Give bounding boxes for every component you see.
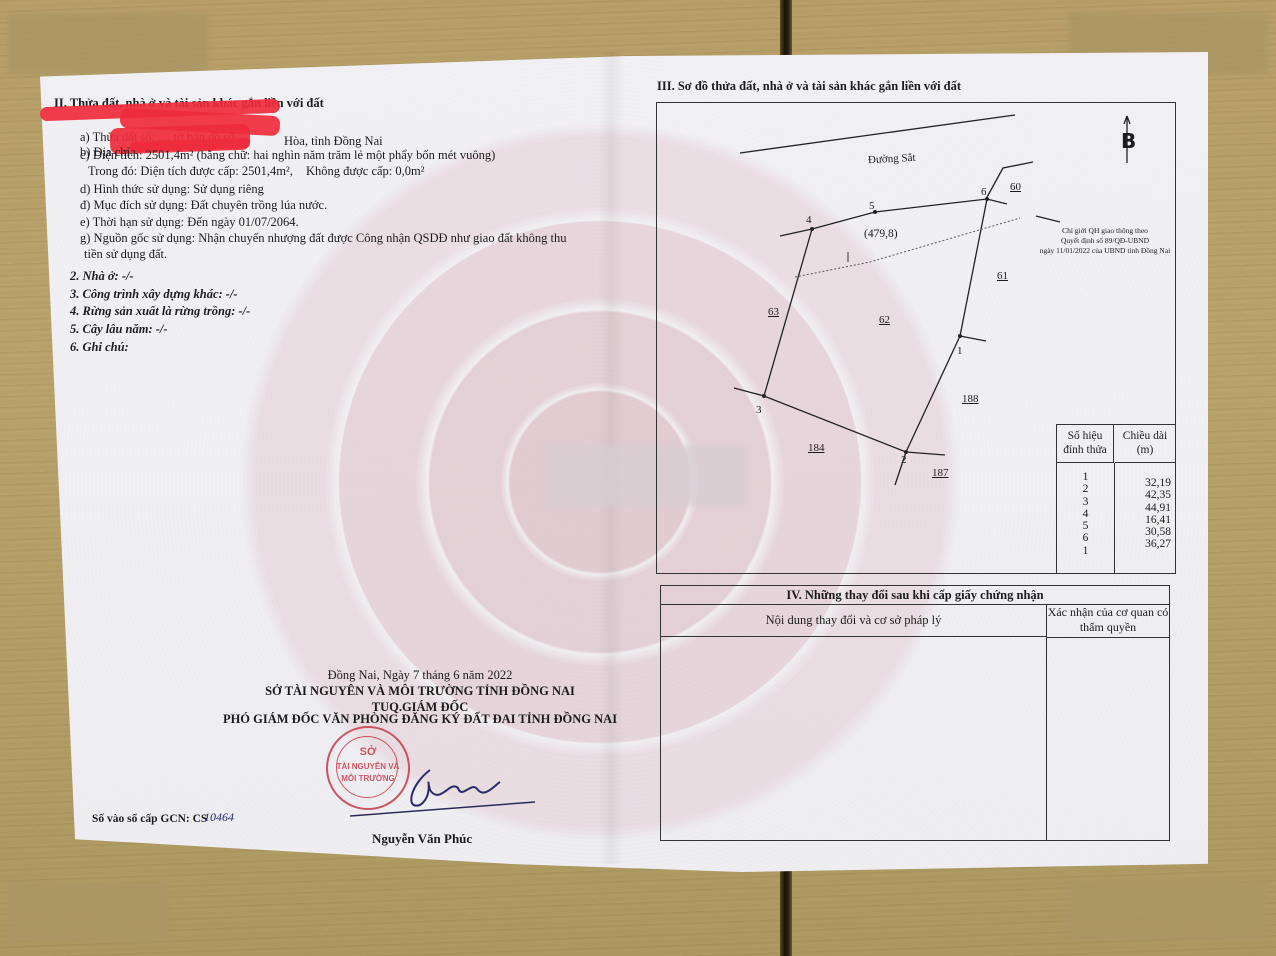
parcel-62: 62 — [879, 313, 890, 328]
vertex-cell: 5 — [1057, 520, 1114, 532]
parcel-187: 187 — [932, 466, 949, 481]
vertex-4: 4 — [806, 213, 812, 228]
area-label: (479,8) — [864, 227, 898, 242]
parcel-60: 60 — [1010, 180, 1021, 195]
length-cell: 30,58 — [1115, 526, 1171, 538]
vertex-cell: 2 — [1057, 483, 1114, 495]
vertex-cell: 1 — [1057, 545, 1114, 557]
length-cell: 16,41 — [1115, 514, 1171, 526]
north-arrow-icon: B — [1121, 131, 1136, 151]
vertex-2: 2 — [901, 453, 907, 468]
parcel-63: 63 — [768, 305, 779, 320]
vertex-5: 5 — [869, 199, 875, 214]
vertex-6: 6 — [981, 185, 987, 200]
length-cell: 32,19 — [1115, 477, 1171, 489]
vertex-length-table: Số hiệu đỉnh thửa Chiều dài (m) 1234561 … — [1056, 424, 1175, 573]
changes-content-header: Nội dung thay đổi và cơ sở pháp lý — [661, 604, 1047, 637]
vertex-3: 3 — [756, 403, 762, 418]
planning-annotation: Chỉ giới QH giao thông theo Quyết định s… — [1030, 226, 1180, 256]
length-column: 32,1942,3544,9116,4130,5836,27 — [1115, 477, 1171, 551]
parcel-184: 184 — [808, 441, 825, 456]
vertex-cell: 1 — [1057, 471, 1114, 483]
table-header-length: Chiều dài (m) — [1115, 425, 1175, 463]
length-cell: 36,27 — [1115, 538, 1171, 550]
table-header-vertex: Số hiệu đỉnh thửa — [1057, 425, 1114, 463]
length-cell: 42,35 — [1115, 489, 1171, 501]
changes-table: IV. Những thay đổi sau khi cấp giấy chứn… — [660, 585, 1170, 841]
road-label: Đường Sắt — [868, 151, 916, 168]
section4-heading: IV. Những thay đổi sau khi cấp giấy chứn… — [661, 586, 1169, 605]
parcel-61: 61 — [997, 269, 1008, 284]
vertex-1: 1 — [957, 344, 963, 359]
vertex-column: 1234561 — [1057, 471, 1114, 557]
vertex-cell: 4 — [1057, 508, 1114, 520]
vertex-cell: 6 — [1057, 532, 1114, 544]
authority-confirmation-header: Xác nhận của cơ quan có thẩm quyền — [1047, 604, 1169, 638]
vertex-cell: 3 — [1057, 496, 1114, 508]
length-cell: 44,91 — [1115, 502, 1171, 514]
parcel-188: 188 — [962, 392, 979, 407]
